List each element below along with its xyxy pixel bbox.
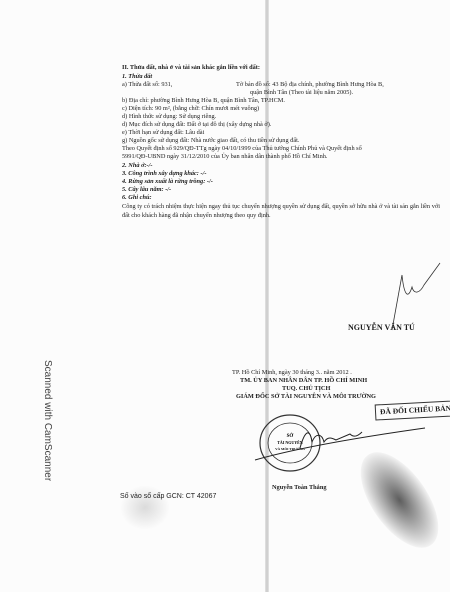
note-text: Công ty có trách nhiệm thực hiện ngay th…: [122, 203, 440, 220]
land-area: c) Diện tích: 90 m², (bằng chữ: Chín mươ…: [122, 105, 259, 113]
item-perennial: 5. Cây lâu năm: -/-: [122, 186, 171, 194]
land-usage-term: e) Thời hạn sử dụng đất: Lâu dài: [122, 129, 204, 137]
director-name: Nguyễn Toàn Thắng: [272, 484, 327, 492]
certified-copy-stamp: ĐÃ ĐỐI CHIẾU BẢN CHÍNH: [375, 399, 450, 420]
camscanner-watermark: Scanned with CamScanner: [42, 360, 53, 481]
signer-top-name: NGUYỄN VĂN TÚ: [348, 324, 415, 332]
land-origin: g) Nguồn gốc sử dụng đất: Nhà nước giao …: [122, 137, 299, 145]
signature-director: [250, 420, 430, 465]
item-house: 2. Nhà ở:-/-: [122, 162, 153, 170]
item-construction: 3. Công trình xây dựng khác: -/-: [122, 170, 206, 178]
land-heading: 1. Thửa đất: [122, 73, 152, 81]
land-usage-form: d) Hình thức sử dụng: Sử dụng riêng.: [122, 113, 216, 121]
authority-line-3: GIÁM ĐỐC SỞ TÀI NGUYÊN VÀ MÔI TRƯỜNG: [236, 393, 376, 401]
land-map-district: quận Bình Tân (Theo tài liệu năm 2005).: [250, 89, 353, 97]
date-line: TP. Hồ Chí Minh, ngày 30 tháng 3.. năm 2…: [232, 369, 352, 377]
item-forest: 4. Rừng sản xuất là rừng trồng: -/-: [122, 178, 213, 186]
land-map-sheet: Tờ bản đồ số: 43 Bộ địa chính, phường Bì…: [236, 81, 384, 89]
item-note: 6. Ghi chú:: [122, 194, 152, 202]
land-origin-decision-1: Theo Quyết định số 929/QĐ-TTg ngày 04/10…: [122, 145, 362, 153]
land-origin-decision-2: 5991/QĐ-UBND ngày 31/12/2010 của Ủy ban …: [122, 153, 328, 161]
authority-line-1: TM. ỦY BAN NHÂN DÂN TP. HỒ CHÍ MINH: [240, 377, 367, 385]
section-title: II. Thửa đất, nhà ở và tài sản khác gắn …: [122, 64, 260, 72]
land-address: b) Địa chỉ: phường Bình Hưng Hòa B, quận…: [122, 97, 285, 105]
land-usage-purpose: d) Mục đích sử dụng đất: Đất ở tại đô th…: [122, 121, 271, 129]
registry-number: Số vào sổ cấp GCN: CT 42067: [120, 493, 216, 501]
land-parcel-number: a) Thửa đất số: 931,: [122, 81, 172, 89]
scan-smudge-light: [120, 485, 170, 530]
authority-line-2: TUQ. CHỦ TỊCH: [282, 385, 330, 393]
scanned-document-page: II. Thửa đất, nhà ở và tài sản khác gắn …: [0, 0, 450, 592]
